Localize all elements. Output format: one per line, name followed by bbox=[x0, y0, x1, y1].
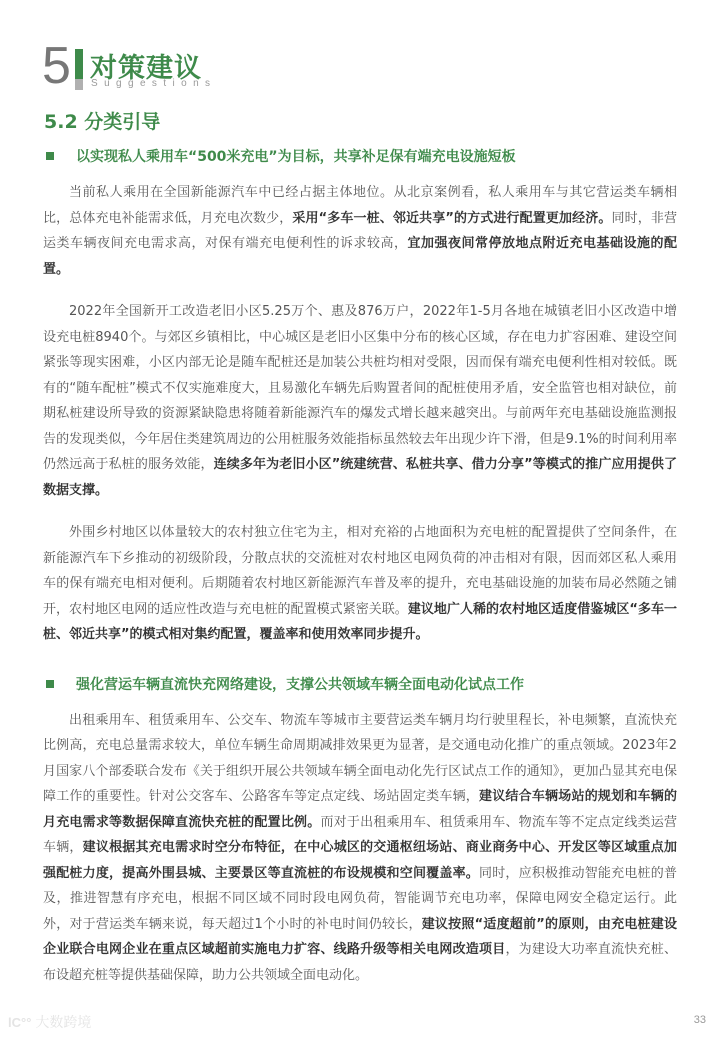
chapter-accent-bar bbox=[75, 49, 83, 79]
bullet-heading-text: 强化营运车辆直流快充网络建设，支撑公共领域车辆全面电动化试点工作 bbox=[76, 674, 524, 694]
bullet-square-icon bbox=[46, 680, 54, 688]
bullet-heading-text: 以实现私人乘用车“500米充电”为目标，共享补足保有端充电设施短板 bbox=[76, 146, 516, 166]
chapter-subtitle: Suggestions bbox=[91, 78, 216, 89]
bold-text-run: 采用“多车一桩、邻近共享”的方式进行配置更加经济。 bbox=[292, 211, 611, 226]
bullet-square-icon bbox=[46, 152, 54, 160]
paragraph: 当前私人乘用在全国新能源汽车中已经占据主体地位。从北京案例看，私人乘用车与其它营… bbox=[43, 180, 677, 282]
section-title: 5.2 分类引导 bbox=[44, 107, 160, 134]
chapter-accent-bar-gray bbox=[75, 79, 83, 90]
logo-text: 大数跨境 bbox=[35, 1015, 91, 1031]
logo-mark-icon: lC°° bbox=[8, 1015, 31, 1030]
paragraph: 出租乘用车、租赁乘用车、公交车、物流车等城市主要营运类车辆月均行驶里程长，补电频… bbox=[43, 708, 677, 989]
paragraph: 外围乡村地区以体量较大的农村独立住宅为主，相对充裕的占地面积为充电桩的配置提供了… bbox=[43, 520, 677, 648]
page-content: 以实现私人乘用车“500米充电”为目标，共享补足保有端充电设施短板 当前私人乘用… bbox=[43, 142, 677, 988]
watermark-logo: lC°°大数跨境 bbox=[8, 1012, 91, 1032]
chapter-number: 5 bbox=[42, 40, 71, 92]
paragraph: 2022年全国新开工改造老旧小区5.25万个、惠及876万户，2022年1-5月… bbox=[43, 299, 677, 503]
page-number: 33 bbox=[694, 1014, 706, 1026]
text-run: 2022年全国新开工改造老旧小区5.25万个、惠及876万户，2022年1-5月… bbox=[43, 304, 677, 472]
bullet-heading: 强化营运车辆直流快充网络建设，支撑公共领域车辆全面电动化试点工作 bbox=[43, 670, 677, 698]
bullet-heading: 以实现私人乘用车“500米充电”为目标，共享补足保有端充电设施短板 bbox=[43, 142, 677, 170]
